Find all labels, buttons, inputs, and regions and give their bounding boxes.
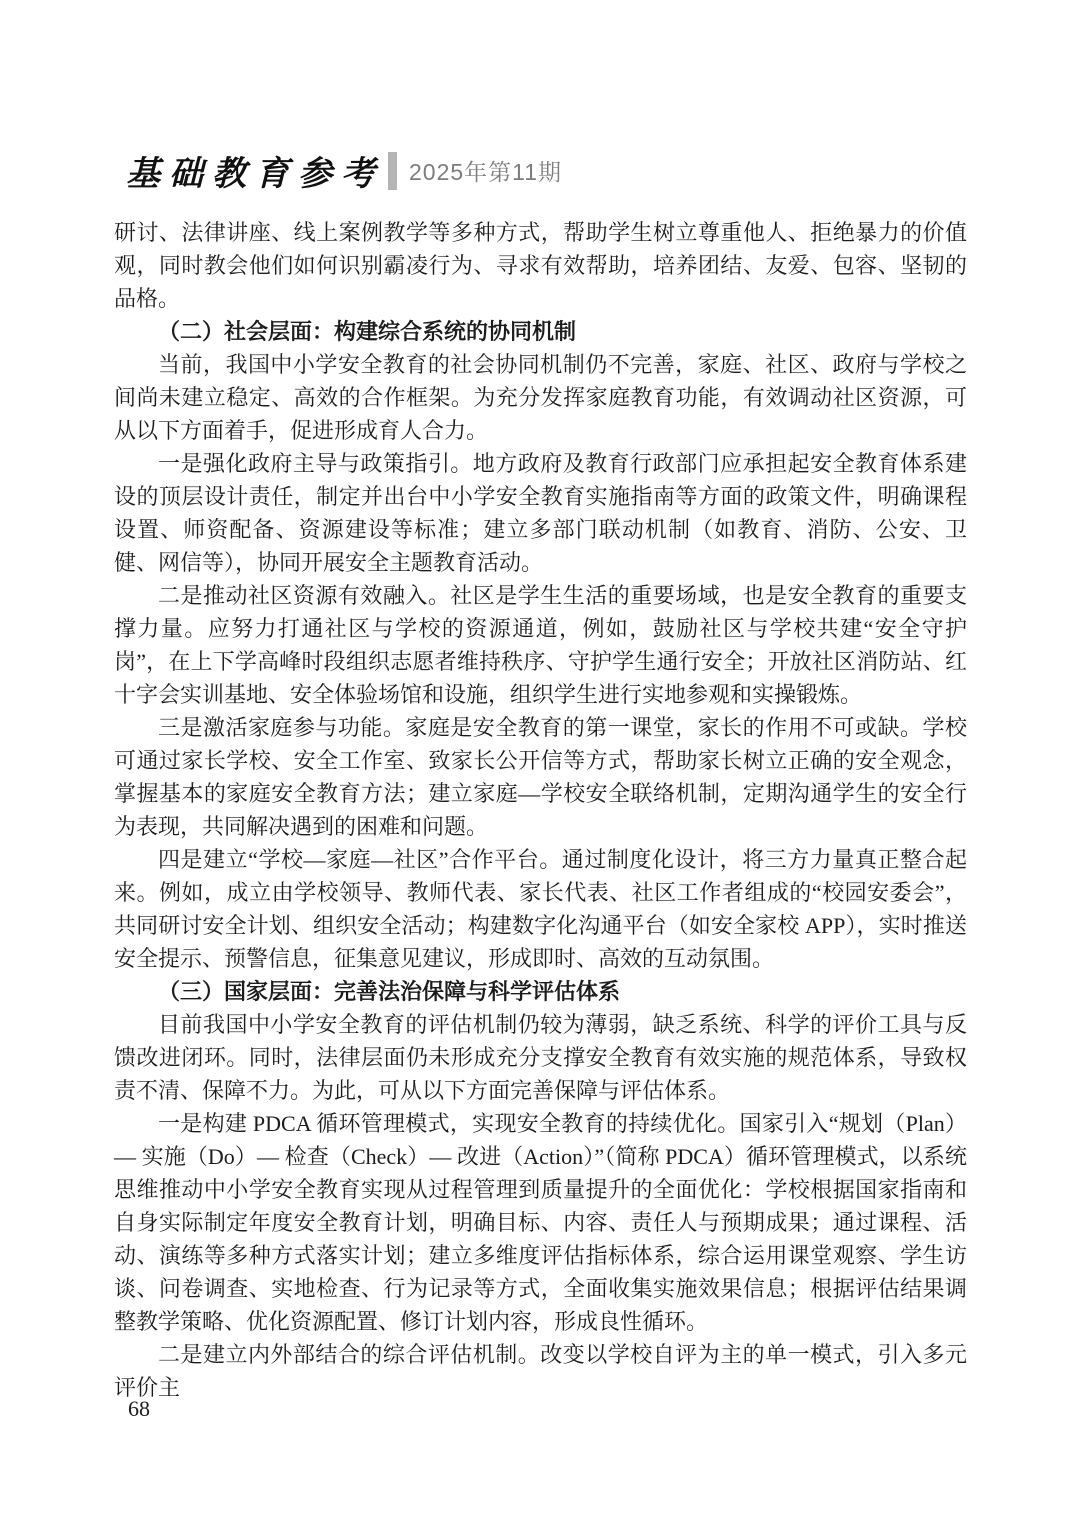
- body-paragraph: 一是强化政府主导与政策指引。地方政府及教育行政部门应承担起安全教育体系建设的顶层…: [114, 447, 967, 579]
- section-heading: （二）社会层面：构建综合系统的协同机制: [114, 315, 967, 348]
- section-heading: （三）国家层面：完善法治保障与科学评估体系: [114, 975, 967, 1008]
- body-paragraph: 四是建立“学校—家庭—社区”合作平台。通过制度化设计，将三方力量真正整合起来。例…: [114, 843, 967, 975]
- body-paragraph: 当前，我国中小学安全教育的社会协同机制仍不完善，家庭、社区、政府与学校之间尚未建…: [114, 348, 967, 447]
- body-paragraph: 三是激活家庭参与功能。家庭是安全教育的第一课堂，家长的作用不可或缺。学校可通过家…: [114, 711, 967, 843]
- body-paragraph: 研讨、法律讲座、线上案例教学等多种方式，帮助学生树立尊重他人、拒绝暴力的价值观，…: [114, 216, 967, 315]
- body-paragraph: 二是推动社区资源有效融入。社区是学生生活的重要场域，也是安全教育的重要支撑力量。…: [114, 579, 967, 711]
- header-divider: [388, 152, 397, 190]
- page-header: 基础教育参考 2025年第11期: [126, 146, 562, 195]
- page-footer: 68: [128, 1396, 150, 1422]
- issue-label: 2025年第11期: [409, 154, 562, 187]
- journal-logo: 基础教育参考: [126, 146, 384, 195]
- body-paragraph: 目前我国中小学安全教育的评估机制仍较为薄弱，缺乏系统、科学的评价工具与反馈改进闭…: [114, 1008, 967, 1107]
- body-paragraph: 一是构建 PDCA 循环管理模式，实现安全教育的持续优化。国家引入“规划（Pla…: [114, 1107, 967, 1338]
- article-body: 研讨、法律讲座、线上案例教学等多种方式，帮助学生树立尊重他人、拒绝暴力的价值观，…: [114, 216, 967, 1404]
- document-page: 基础教育参考 2025年第11期 研讨、法律讲座、线上案例教学等多种方式，帮助学…: [0, 0, 1080, 1528]
- body-paragraph: 二是建立内外部结合的综合评估机制。改变以学校自评为主的单一模式，引入多元评价主: [114, 1338, 967, 1404]
- page-number: 68: [128, 1396, 150, 1421]
